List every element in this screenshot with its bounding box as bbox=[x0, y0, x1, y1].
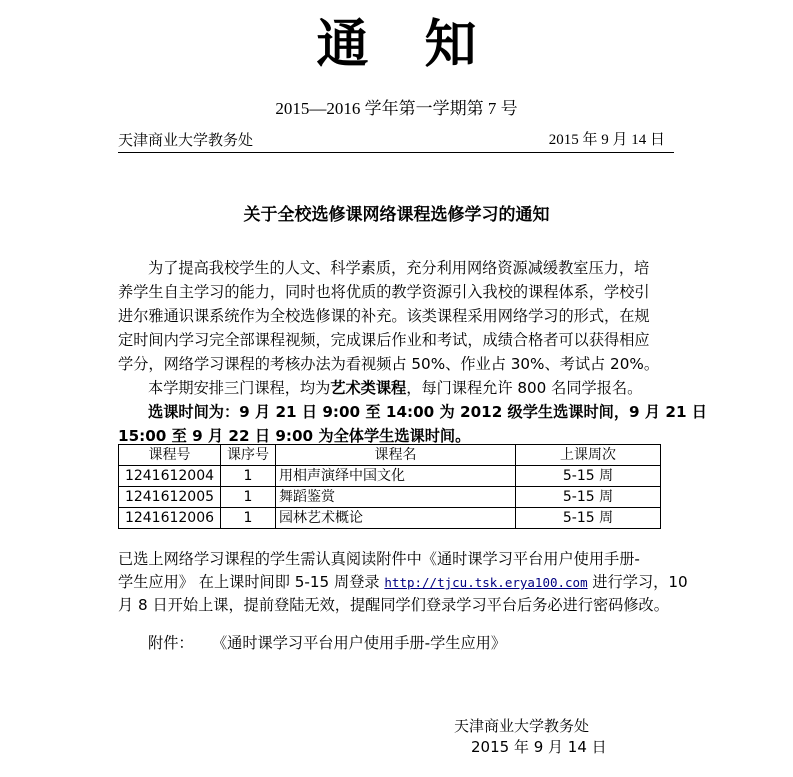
issue-date: 2015 年 9 月 14 日 bbox=[549, 130, 665, 150]
cell-section: 1 bbox=[221, 487, 276, 508]
col-header-weeks: 上课周次 bbox=[516, 445, 661, 466]
issue-number: 2015—2016 学年第一学期第 7 号 bbox=[0, 98, 793, 120]
signature-org: 天津商业大学教务处 bbox=[454, 716, 589, 736]
document-title: 通知 bbox=[0, 14, 793, 76]
col-header-section: 课序号 bbox=[221, 445, 276, 466]
course-table: 课程号 课序号 课程名 上课周次 1241612004 1 用相声演绎中国文化 … bbox=[118, 444, 661, 529]
instructions-line: 已选上网络学习课程的学生需认真阅读附件中《通时课学习平台用户使用手册- bbox=[118, 548, 674, 571]
instructions-line: 学生应用》 在上课时间即 5-15 周登录 http://tjcu.tsk.er… bbox=[118, 571, 674, 594]
cell-weeks: 5-15 周 bbox=[516, 508, 661, 529]
paragraph2: 本学期安排三门课程，均为艺术类课程，每门课程允许 800 名同学报名。 bbox=[118, 376, 674, 400]
table-header-row: 课程号 课序号 课程名 上课周次 bbox=[119, 445, 661, 466]
instructions-line2-prefix: 学生应用》 在上课时间即 5-15 周登录 bbox=[118, 573, 384, 591]
paragraph2-prefix: 本学期安排三门课程，均为 bbox=[148, 379, 330, 397]
cell-course-id: 1241612006 bbox=[119, 508, 221, 529]
attachment-line: 附件：《通时课学习平台用户使用手册-学生应用》 bbox=[148, 632, 506, 654]
issuer-name: 天津商业大学教务处 bbox=[118, 130, 253, 150]
cell-course-name: 园林艺术概论 bbox=[276, 508, 516, 529]
header-divider bbox=[118, 152, 674, 153]
notice-heading: 关于全校选修课网络课程选修学习的通知 bbox=[0, 204, 793, 226]
cell-weeks: 5-15 周 bbox=[516, 487, 661, 508]
instructions-line: 月 8 日开始上课，提前登陆无效，提醒同学们登录学习平台后务必进行密码修改。 bbox=[118, 594, 674, 617]
title-char-2: 知 bbox=[425, 14, 533, 75]
table-row: 1241612005 1 舞蹈鉴赏 5-15 周 bbox=[119, 487, 661, 508]
cell-course-name: 舞蹈鉴赏 bbox=[276, 487, 516, 508]
paragraph1-line: 为了提高我校学生的人文、科学素质，充分利用网络资源减缓教室压力，培 bbox=[118, 256, 674, 280]
col-header-course-name: 课程名 bbox=[276, 445, 516, 466]
instructions-paragraph: 已选上网络学习课程的学生需认真阅读附件中《通时课学习平台用户使用手册- 学生应用… bbox=[118, 548, 674, 617]
table-row: 1241612006 1 园林艺术概论 5-15 周 bbox=[119, 508, 661, 529]
cell-section: 1 bbox=[221, 508, 276, 529]
paragraph2-suffix: ，每门课程允许 800 名同学报名。 bbox=[406, 379, 642, 397]
cell-weeks: 5-15 周 bbox=[516, 466, 661, 487]
col-header-course-id: 课程号 bbox=[119, 445, 221, 466]
paragraph1-line: 养学生自主学习的能力，同时也将优质的教学资源引入我校的课程体系，学校引 bbox=[118, 280, 674, 304]
instructions-line2-suffix: 进行学习，10 bbox=[588, 573, 688, 591]
paragraph1-line: 定时间内学习完全部课程视频，完成课后作业和考试，成绩合格者可以获得相应 bbox=[118, 328, 674, 352]
paragraph1-line: 进尔雅通识课系统作为全校选修课的补充。该类课程采用网络学习的形式，在规 bbox=[118, 304, 674, 328]
signature-date: 2015 年 9 月 14 日 bbox=[471, 737, 607, 757]
attachment-label: 附件： bbox=[148, 634, 194, 652]
cell-course-name: 用相声演绎中国文化 bbox=[276, 466, 516, 487]
cell-course-id: 1241612005 bbox=[119, 487, 221, 508]
attachment-title: 《通时课学习平台用户使用手册-学生应用》 bbox=[220, 634, 506, 652]
table-row: 1241612004 1 用相声演绎中国文化 5-15 周 bbox=[119, 466, 661, 487]
notice-body: 为了提高我校学生的人文、科学素质，充分利用网络资源减缓教室压力，培 养学生自主学… bbox=[118, 256, 674, 448]
cell-course-id: 1241612004 bbox=[119, 466, 221, 487]
platform-link[interactable]: http://tjcu.tsk.erya100.com bbox=[384, 575, 587, 590]
paragraph1-line: 学分，网络学习课程的考核办法为看视频占 50%、作业占 30%、考试占 20%。 bbox=[118, 352, 674, 376]
title-char-1: 通 bbox=[316, 14, 424, 75]
selection-time-line: 选课时间为：9 月 21 日 9:00 至 14:00 为 2012 级学生选课… bbox=[118, 400, 674, 424]
course-category-highlight: 艺术类课程 bbox=[330, 379, 406, 397]
cell-section: 1 bbox=[221, 466, 276, 487]
